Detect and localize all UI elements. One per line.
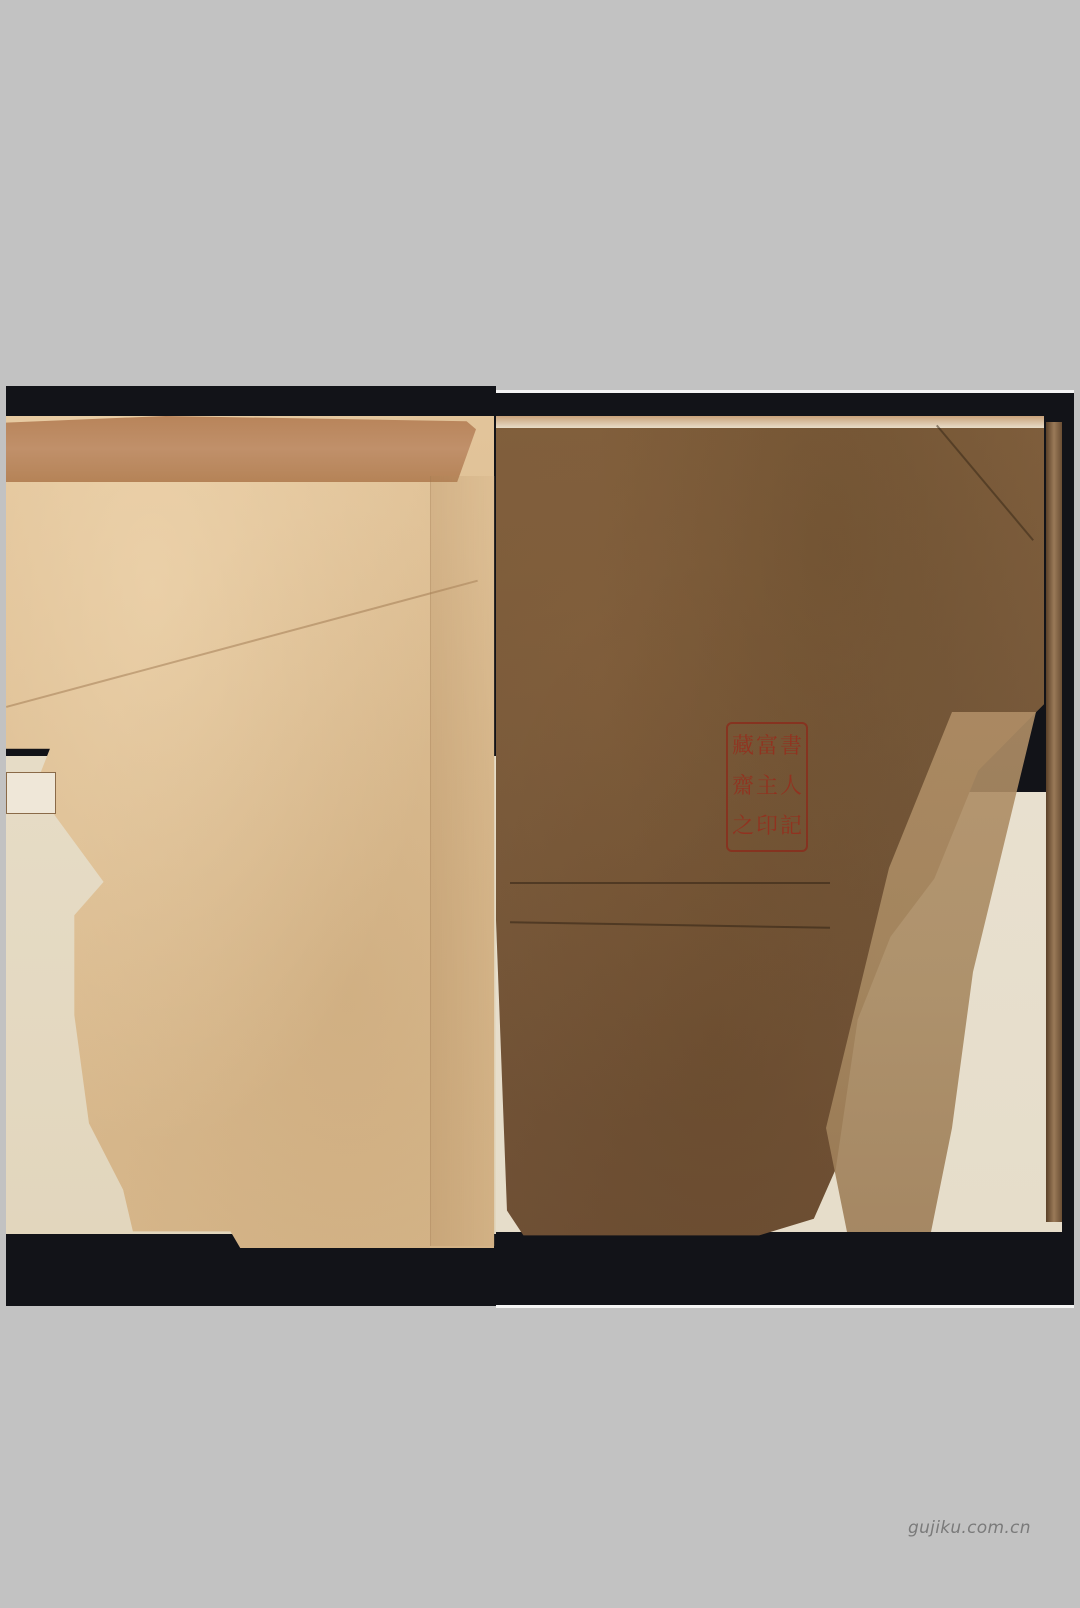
seal-character: 藏 xyxy=(732,728,754,766)
seal-character: 主 xyxy=(756,768,778,806)
seal-character: 書 xyxy=(780,728,802,766)
seal-character: 記 xyxy=(780,808,802,846)
watermark-text: gujiku.com.cn xyxy=(908,1518,1031,1538)
red-collector-seal: 藏 富 書 齋 主 人 之 印 記 xyxy=(726,722,808,852)
book-scan: 藏 富 書 齋 主 人 之 印 記 xyxy=(6,386,1074,1306)
seal-character: 印 xyxy=(756,808,778,846)
right-cover-seam xyxy=(510,882,830,884)
seal-character: 齋 xyxy=(732,768,754,806)
right-spine-edge xyxy=(1046,422,1062,1222)
right-cover-top-band xyxy=(496,416,1044,428)
left-top-tape-strip xyxy=(6,416,476,482)
right-page-cover: 藏 富 書 齋 主 人 之 印 記 xyxy=(496,412,1074,1270)
left-page-margin xyxy=(430,476,495,1246)
seal-character: 之 xyxy=(732,808,754,846)
seal-character: 富 xyxy=(756,728,778,766)
left-page-flyleaf xyxy=(6,416,496,1274)
seal-character: 人 xyxy=(780,768,802,806)
left-paper-tab xyxy=(6,772,56,814)
